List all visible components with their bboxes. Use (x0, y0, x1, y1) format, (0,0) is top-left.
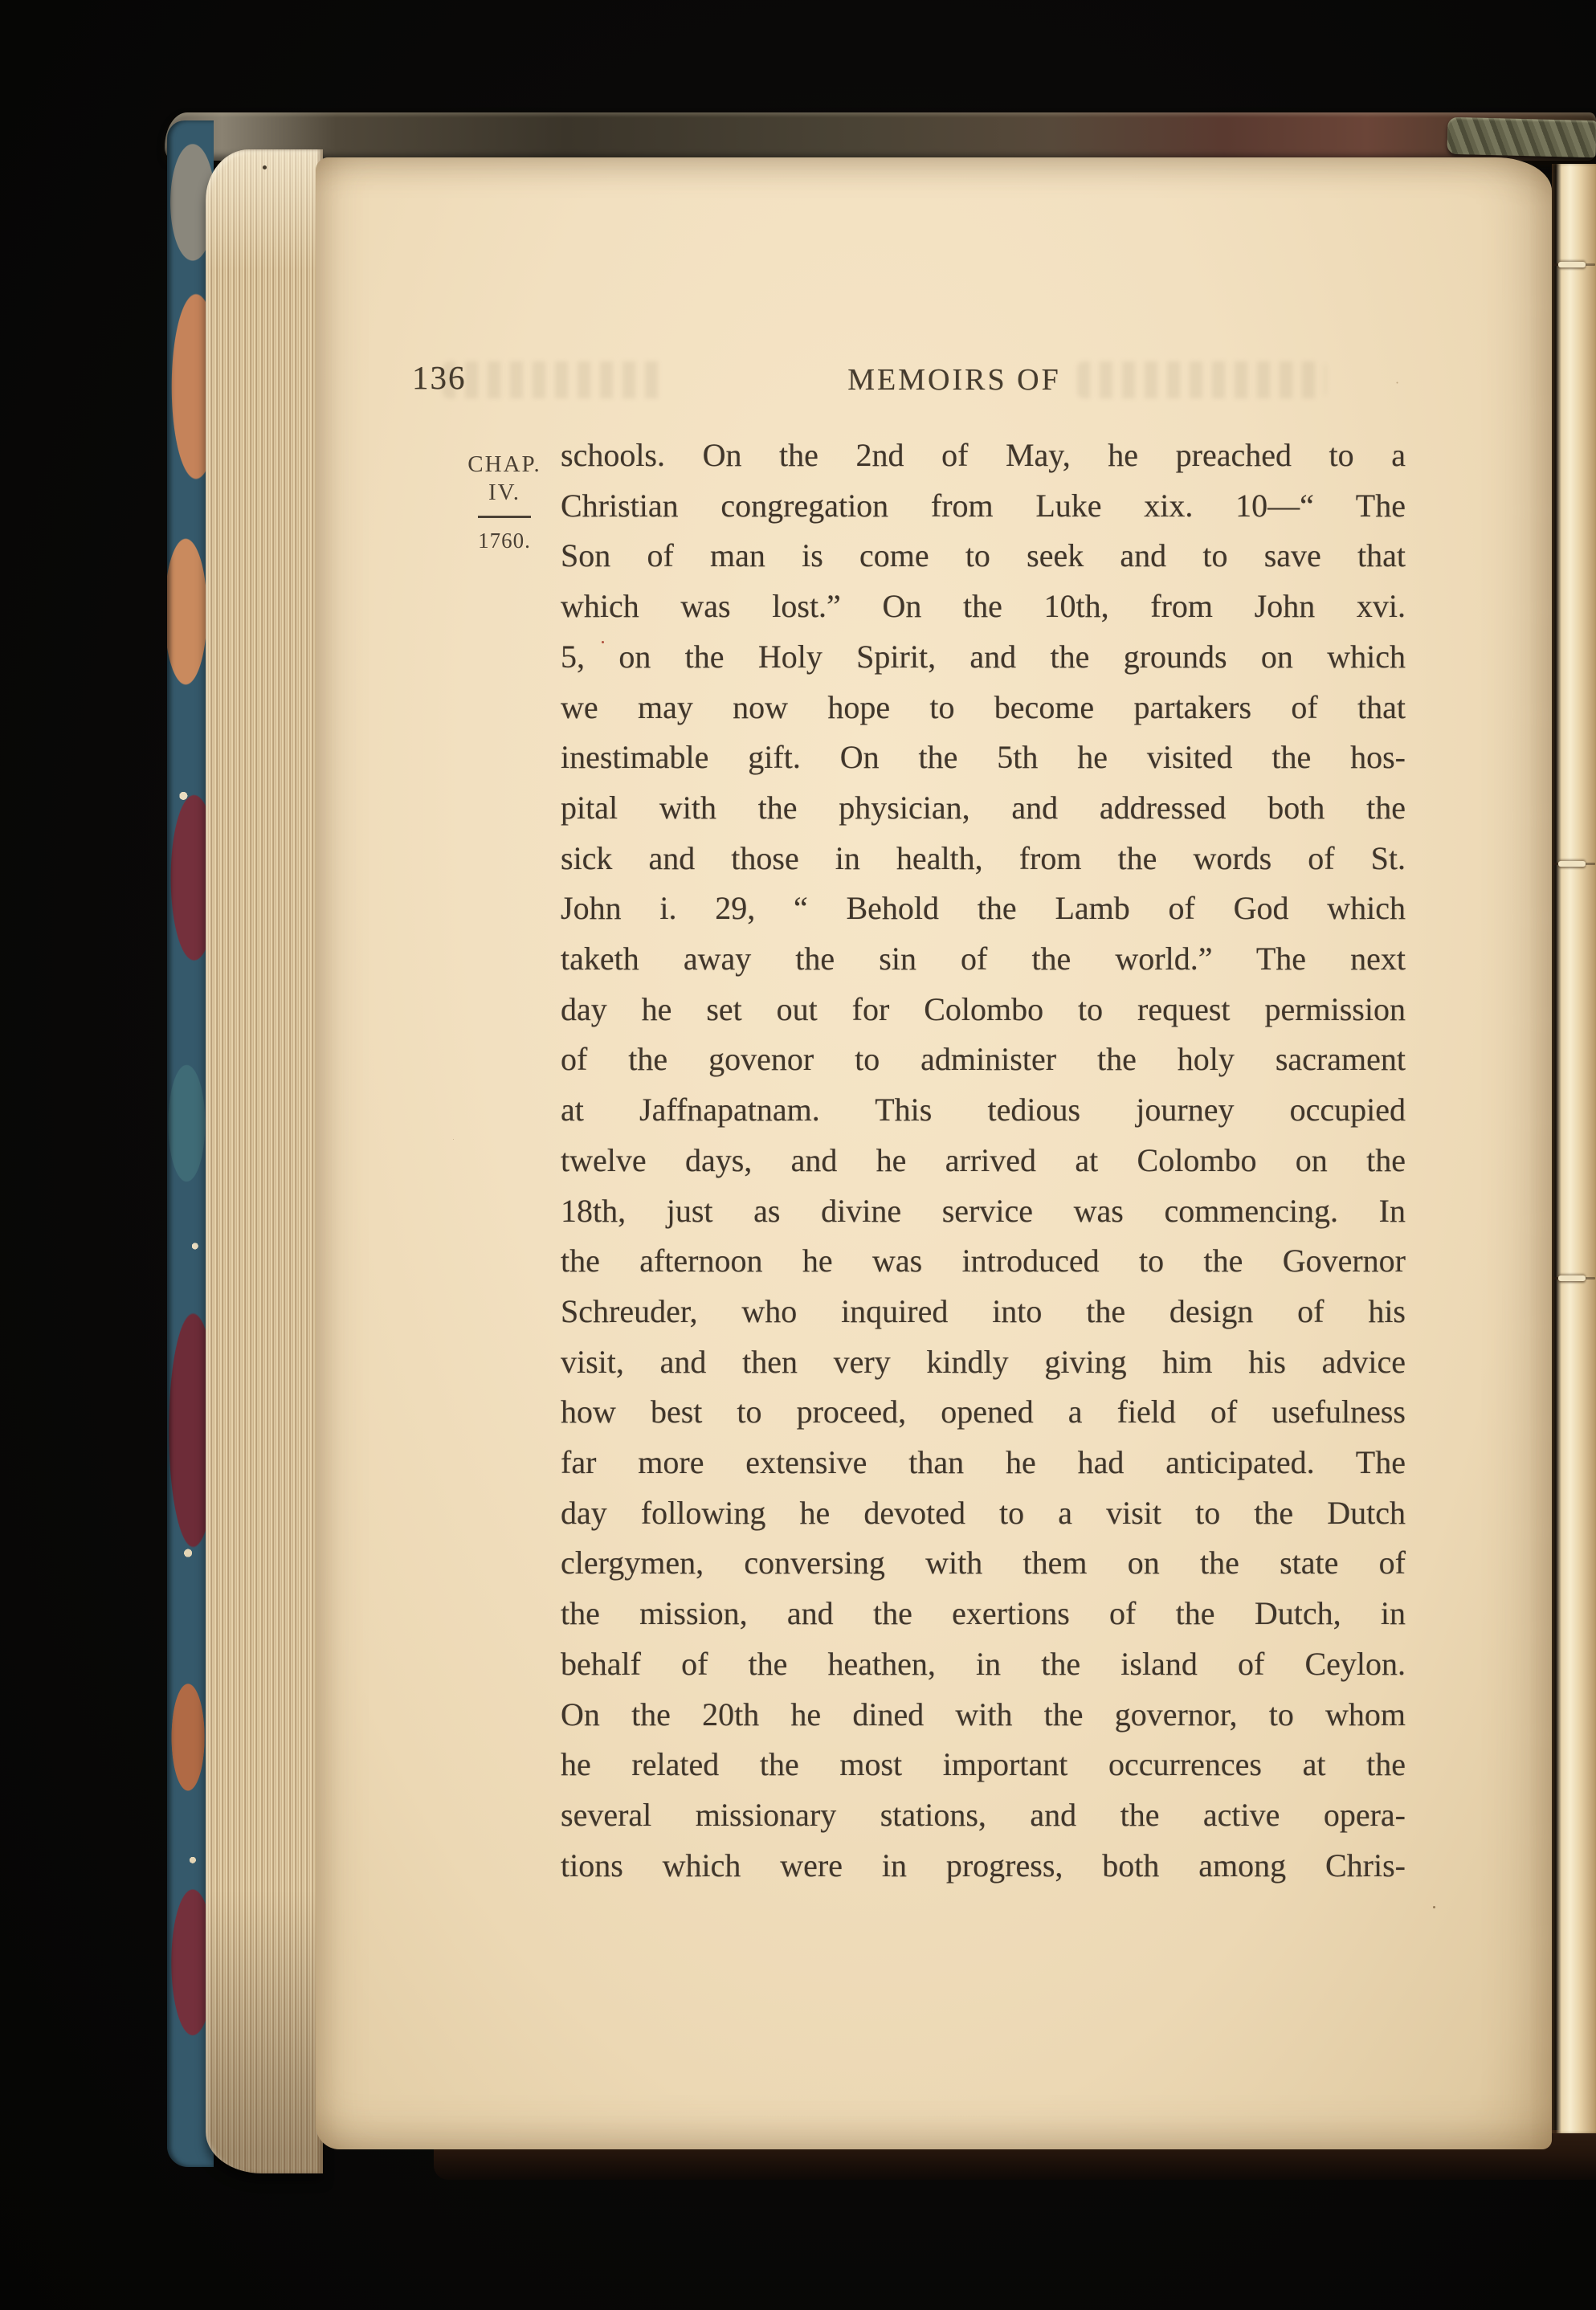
body-line: of the govenor to administer the holy sa… (561, 1035, 1406, 1085)
body-line: the mission, and the exertions of the Du… (561, 1589, 1406, 1639)
body-line: schools. On the 2nd of May, he preached … (561, 431, 1406, 481)
body-line: the afternoon he was introduced to the G… (561, 1236, 1406, 1287)
body-line: he related the most important occurrence… (561, 1740, 1406, 1790)
running-header-title: MEMOIRS OF (741, 362, 1167, 398)
body-line: tions which were in progress, both among… (561, 1841, 1406, 1892)
book-cover-top-edge (165, 112, 1596, 161)
body-line: sick and those in health, from the words… (561, 834, 1406, 884)
margin-year: 1760. (451, 529, 558, 553)
body-line: Son of man is come to seek and to save t… (561, 531, 1406, 582)
body-text: schools. On the 2nd of May, he preached … (561, 431, 1406, 1891)
paper-specks (263, 165, 267, 169)
body-line: we may now hope to become partakers of t… (561, 683, 1406, 733)
body-line: several missionary stations, and the act… (561, 1790, 1406, 1841)
page-edge-stack (206, 149, 323, 2173)
body-line: visit, and then very kindly giving him h… (561, 1337, 1406, 1388)
book-page: 136 MEMOIRS OF CHAP. IV. 1760. schools. … (316, 157, 1552, 2149)
body-line: 18th, just as divine service was commenc… (561, 1186, 1406, 1237)
page-number: 136 (412, 358, 508, 397)
body-line: which was lost.” On the 10th, from John … (561, 582, 1406, 632)
spine-headband (1447, 117, 1596, 158)
body-line: John i. 29, “ Behold the Lamb of God whi… (561, 884, 1406, 934)
body-line: how best to proceed, opened a field of u… (561, 1387, 1406, 1438)
body-line: pital with the physician, and addressed … (561, 783, 1406, 834)
body-line: day he set out for Colombo to request pe… (561, 985, 1406, 1035)
body-line: Schreuder, who inquired into the design … (561, 1287, 1406, 1337)
margin-chapter-label: CHAP. (451, 451, 558, 478)
body-line: On the 20th he dined with the governor, … (561, 1690, 1406, 1741)
book-scan-photo: 136 MEMOIRS OF CHAP. IV. 1760. schools. … (0, 0, 1596, 2310)
body-line: taketh away the sin of the world.” The n… (561, 934, 1406, 985)
body-line: at Jaffnapatnam. This tedious journey oc… (561, 1085, 1406, 1136)
body-line: twelve days, and he arrived at Colombo o… (561, 1136, 1406, 1186)
body-line: day following he devoted to a visit to t… (561, 1488, 1406, 1539)
binding-stitch (1558, 861, 1586, 867)
body-line: clergymen, conversing with them on the s… (561, 1538, 1406, 1589)
margin-rule (478, 516, 531, 518)
margin-chapter-numeral: IV. (451, 480, 558, 506)
body-line: behalf of the heathen, in the island of … (561, 1639, 1406, 1690)
body-line: far more extensive than he had anticipat… (561, 1438, 1406, 1488)
body-line: inestimable gift. On the 5th he visited … (561, 733, 1406, 783)
binding-stitch (1558, 1275, 1586, 1281)
binding-gutter (1552, 164, 1596, 2133)
binding-stitch (1558, 262, 1586, 267)
body-line: Christian congregation from Luke xix. 10… (561, 481, 1406, 532)
body-line: 5, on the Holy Spirit, and the grounds o… (561, 632, 1406, 683)
